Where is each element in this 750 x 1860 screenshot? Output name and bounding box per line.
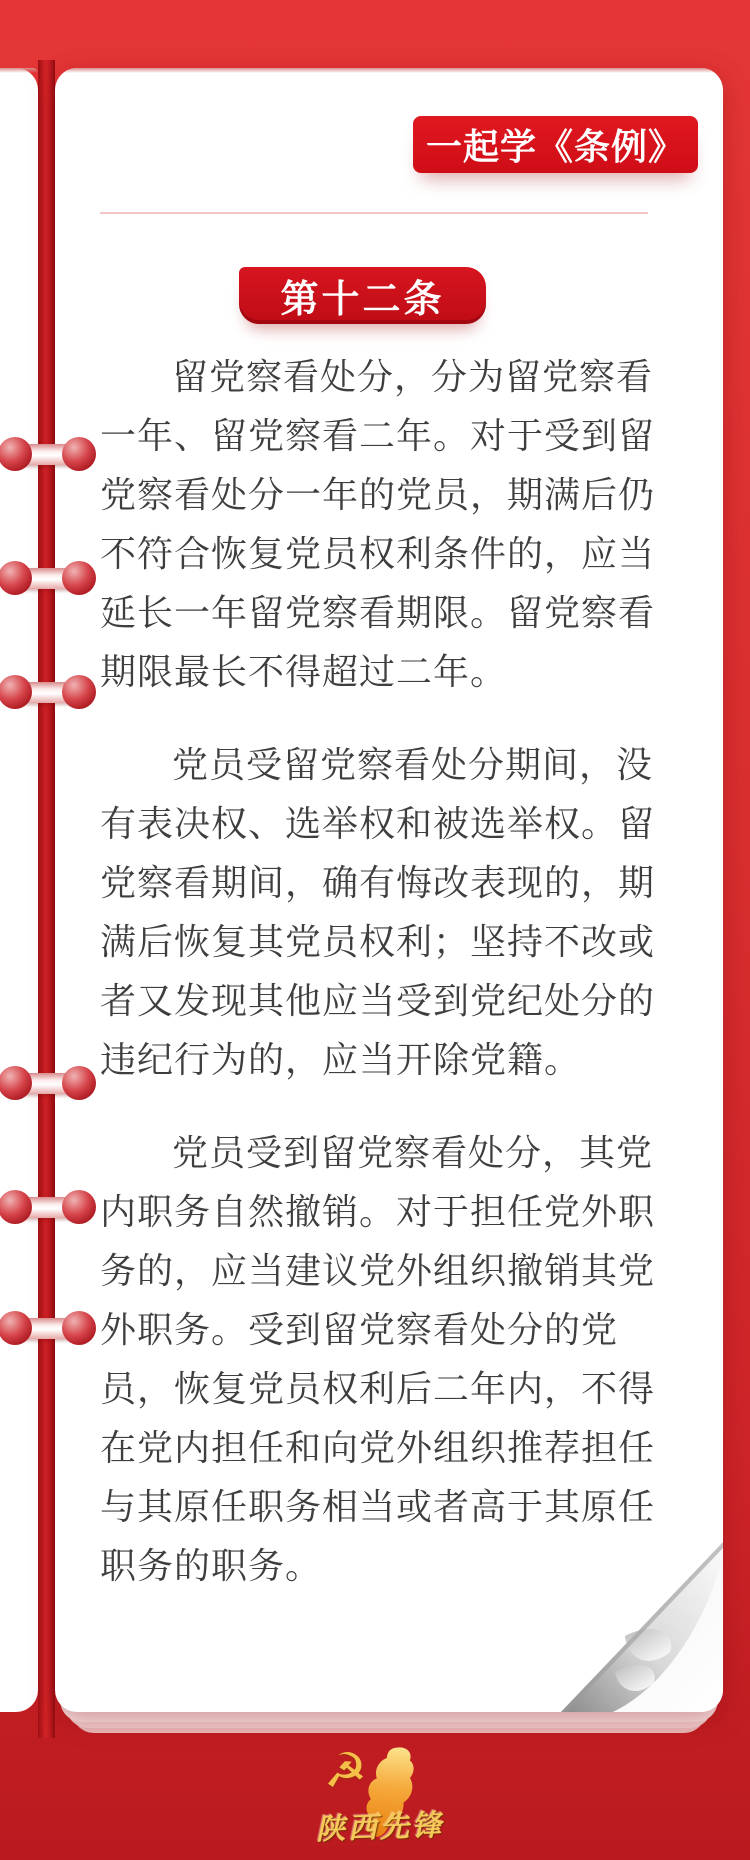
article-paragraph: 留党察看处分，分为留党察看一年、留党察看二年。对于受到留党察看处分一年的党员，期…: [100, 347, 656, 701]
notebook-spine: [38, 60, 55, 1738]
binder-ring-end: [0, 675, 32, 709]
header-divider: [100, 212, 648, 214]
binder-ring-end: [0, 1190, 32, 1224]
article-body: 留党察看处分，分为留党察看一年、留党察看二年。对于受到留党察看处分一年的党员，期…: [100, 347, 656, 1595]
binder-ring: [0, 1310, 96, 1346]
notebook-page: 一起学《条例》 第十二条 留党察看处分，分为留党察看一年、留党察看二年。对于受到…: [55, 68, 723, 1712]
poster-background: 一起学《条例》 第十二条 留党察看处分，分为留党察看一年、留党察看二年。对于受到…: [0, 0, 750, 1860]
binder-ring-end: [0, 561, 32, 595]
binder-ring: [0, 674, 96, 710]
article-number-label: 第十二条: [280, 268, 444, 323]
back-page-edge: [0, 68, 38, 1712]
binder-ring-end: [0, 1311, 32, 1345]
page-curl: [533, 1540, 723, 1712]
article-paragraph: 党员受留党察看处分期间，没有表决权、选举权和被选举权。留党察看期间，确有悔改表现…: [100, 735, 656, 1089]
binder-ring-end: [62, 1311, 96, 1345]
binder-ring: [0, 1065, 96, 1101]
binder-ring: [0, 560, 96, 596]
binder-ring: [0, 436, 96, 472]
binder-ring-end: [62, 561, 96, 595]
binder-ring-end: [62, 1190, 96, 1224]
binder-ring-end: [0, 1066, 32, 1100]
binder-ring-end: [62, 1066, 96, 1100]
binder-ring-end: [62, 437, 96, 471]
footer-logo-text: 陕西先锋: [299, 1802, 460, 1849]
binder-ring: [0, 1189, 96, 1225]
header-banner: 一起学《条例》: [413, 116, 698, 173]
article-paragraph: 党员受到留党察看处分，其党内职务自然撤销。对于担任党外职务的，应当建议党外组织撤…: [100, 1123, 656, 1595]
header-banner-label: 一起学《条例》: [426, 119, 685, 170]
article-number-ribbon: 第十二条: [239, 267, 486, 324]
binder-ring-end: [62, 675, 96, 709]
binder-ring-end: [0, 437, 32, 471]
footer-logo: ☭ 陕西先锋: [300, 1743, 460, 1851]
